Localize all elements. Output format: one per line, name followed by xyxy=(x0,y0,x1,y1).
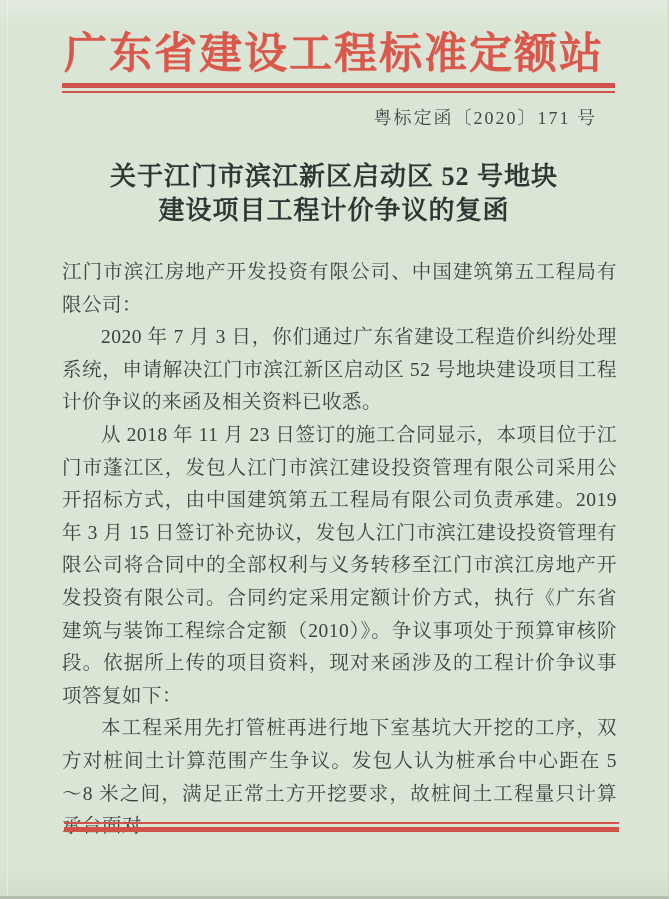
document-title-line1: 关于江门市滨江新区启动区 52 号地块 xyxy=(0,160,668,194)
paragraph-2: 从 2018 年 11 月 23 日签订的施工合同显示，本项目位于江门市蓬江区，… xyxy=(62,420,617,713)
footer-rule-thick-line xyxy=(64,827,619,832)
letterhead-title: 广东省建设工程标准定额站 xyxy=(0,20,668,81)
scanned-document-page: 广东省建设工程标准定额站 粤标定函〔2020〕171 号 关于江门市滨江新区启动… xyxy=(0,0,669,899)
document-reference-number: 粤标定函〔2020〕171 号 xyxy=(374,104,598,130)
document-title: 关于江门市滨江新区启动区 52 号地块 建设项目工程计价争议的复函 xyxy=(0,160,668,228)
footer-divider-rule xyxy=(64,822,619,832)
header-rule-thin-line xyxy=(62,91,615,93)
letter-body: 江门市滨江房地产开发投资有限公司、中国建筑第五工程局有限公司： 2020 年 7… xyxy=(62,257,617,844)
salutation: 江门市滨江房地产开发投资有限公司、中国建筑第五工程局有限公司： xyxy=(62,257,617,322)
document-title-line2: 建设项目工程计价争议的复函 xyxy=(0,194,668,228)
header-divider-rule xyxy=(62,83,615,93)
paragraph-1: 2020 年 7 月 3 日，你们通过广东省建设工程造价纠纷处理系统，申请解决江… xyxy=(62,322,617,420)
